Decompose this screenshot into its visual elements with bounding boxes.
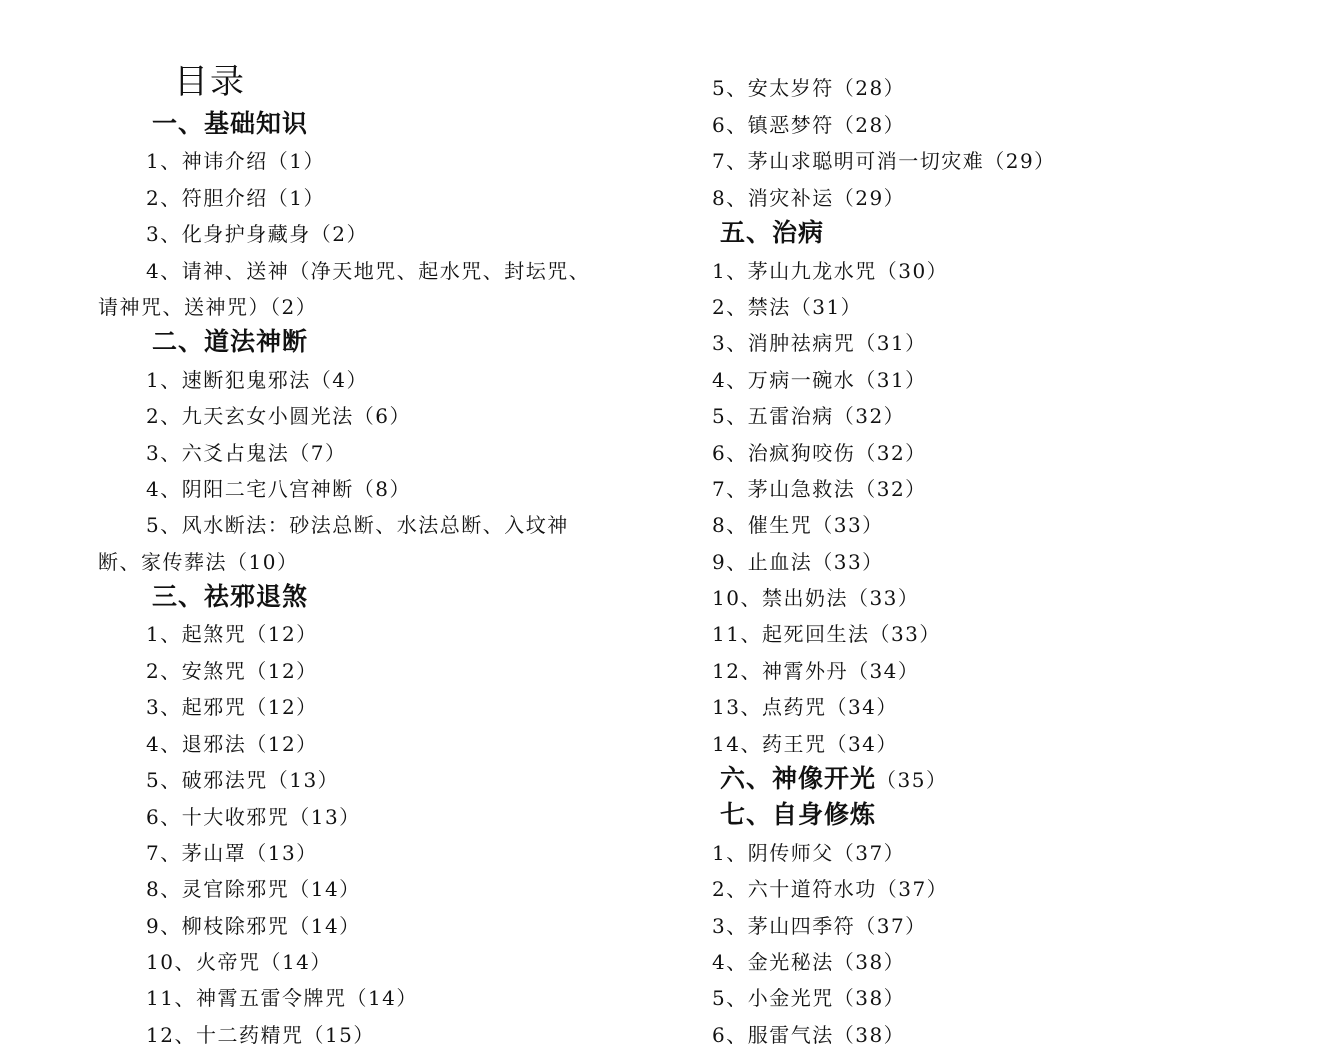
toc-entry[interactable]: 1、阴传师父（37） [712, 840, 905, 866]
section-heading-healing: 五、治病 [720, 218, 824, 248]
toc-entry[interactable]: 5、五雷治病（32） [712, 403, 905, 429]
toc-entry[interactable]: 5、安太岁符（28） [712, 75, 905, 101]
toc-entry[interactable]: 6、治疯狗咬伤（32） [712, 440, 927, 466]
toc-entry[interactable]: 4、退邪法（12） [146, 731, 318, 757]
section-page-number: （35） [876, 768, 947, 792]
toc-entry[interactable]: 2、六十道符水功（37） [712, 876, 948, 902]
toc-entry[interactable]: 3、化身护身藏身（2） [146, 221, 368, 247]
toc-entry[interactable]: 5、小金光咒（38） [712, 985, 905, 1011]
toc-entry[interactable]: 2、九天玄女小圆光法（6） [146, 403, 411, 429]
toc-entry-continuation[interactable]: 请神咒、送神咒）（2） [98, 294, 317, 320]
toc-entry[interactable]: 14、药王咒（34） [712, 731, 898, 757]
section-heading-label: 六、神像开光 [720, 764, 876, 793]
toc-entry[interactable]: 6、十大收邪咒（13） [146, 804, 361, 830]
toc-entry[interactable]: 4、万病一碗水（31） [712, 367, 927, 393]
toc-entry[interactable]: 8、催生咒（33） [712, 512, 884, 538]
toc-entry[interactable]: 4、金光秘法（38） [712, 949, 905, 975]
toc-entry[interactable]: 11、起死回生法（33） [712, 621, 941, 647]
toc-entry[interactable]: 1、起煞咒（12） [146, 621, 318, 647]
toc-entry[interactable]: 3、六爻占鬼法（7） [146, 440, 346, 466]
toc-entry[interactable]: 7、茅山急救法（32） [712, 476, 927, 502]
toc-entry[interactable]: 4、阴阳二宅八宫神断（8） [146, 476, 411, 502]
toc-entry[interactable]: 9、止血法（33） [712, 549, 884, 575]
toc-entry[interactable]: 7、茅山求聪明可消一切灾难（29） [712, 148, 1056, 174]
toc-entry[interactable]: 3、茅山四季符（37） [712, 913, 927, 939]
toc-entry[interactable]: 8、消灾补运（29） [712, 185, 905, 211]
toc-entry[interactable]: 9、柳枝除邪咒（14） [146, 913, 361, 939]
toc-entry[interactable]: 5、破邪法咒（13） [146, 767, 339, 793]
toc-entry[interactable]: 10、火帝咒（14） [146, 949, 332, 975]
toc-entry[interactable]: 11、神霄五雷令牌咒（14） [146, 985, 418, 1011]
toc-entry[interactable]: 1、速断犯鬼邪法（4） [146, 367, 368, 393]
toc-entry[interactable]: 12、神霄外丹（34） [712, 658, 919, 684]
toc-entry-continuation[interactable]: 断、家传葬法（10） [98, 549, 298, 575]
toc-entry[interactable]: 4、请神、送神（净天地咒、起水咒、封坛咒、 [146, 258, 590, 284]
toc-entry[interactable]: 2、安煞咒（12） [146, 658, 318, 684]
toc-entry[interactable]: 3、消肿祛病咒（31） [712, 330, 927, 356]
toc-entry[interactable]: 8、灵官除邪咒（14） [146, 876, 361, 902]
toc-entry[interactable]: 6、服雷气法（38） [712, 1022, 905, 1048]
section-heading-cultivation: 七、自身修炼 [720, 800, 876, 830]
section-heading-basics: 一、基础知识 [152, 109, 308, 139]
toc-entry[interactable]: 12、十二药精咒（15） [146, 1022, 375, 1048]
toc-entry[interactable]: 7、茅山罩（13） [146, 840, 318, 866]
toc-entry[interactable]: 5、风水断法：砂法总断、水法总断、入坟神 [146, 512, 569, 538]
toc-entry[interactable]: 1、茅山九龙水咒（30） [712, 258, 948, 284]
toc-entry[interactable]: 6、镇恶梦符（28） [712, 112, 905, 138]
section-heading-consecration[interactable]: 六、神像开光（35） [720, 764, 947, 795]
toc-title: 目录 [174, 62, 246, 102]
toc-entry[interactable]: 1、神讳介绍（1） [146, 148, 325, 174]
toc-entry[interactable]: 2、符胆介绍（1） [146, 185, 325, 211]
toc-entry[interactable]: 10、禁出奶法（33） [712, 585, 919, 611]
toc-entry[interactable]: 3、起邪咒（12） [146, 694, 318, 720]
toc-entry[interactable]: 2、禁法（31） [712, 294, 862, 320]
section-heading-divination: 二、道法神断 [152, 327, 308, 357]
toc-entry[interactable]: 13、点药咒（34） [712, 694, 898, 720]
section-heading-exorcism: 三、祛邪退煞 [152, 582, 308, 612]
